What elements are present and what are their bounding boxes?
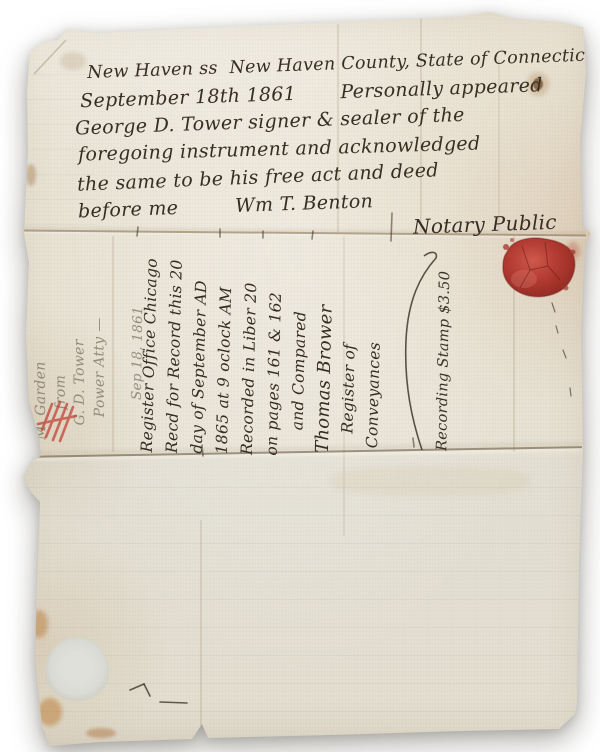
edge-vignette	[0, 0, 600, 752]
paper-shadow: New Haven ss New Haven County, State of …	[0, 0, 600, 752]
document-paper: New Haven ss New Haven County, State of …	[0, 0, 600, 752]
scan-background: New Haven ss New Haven County, State of …	[0, 0, 600, 752]
